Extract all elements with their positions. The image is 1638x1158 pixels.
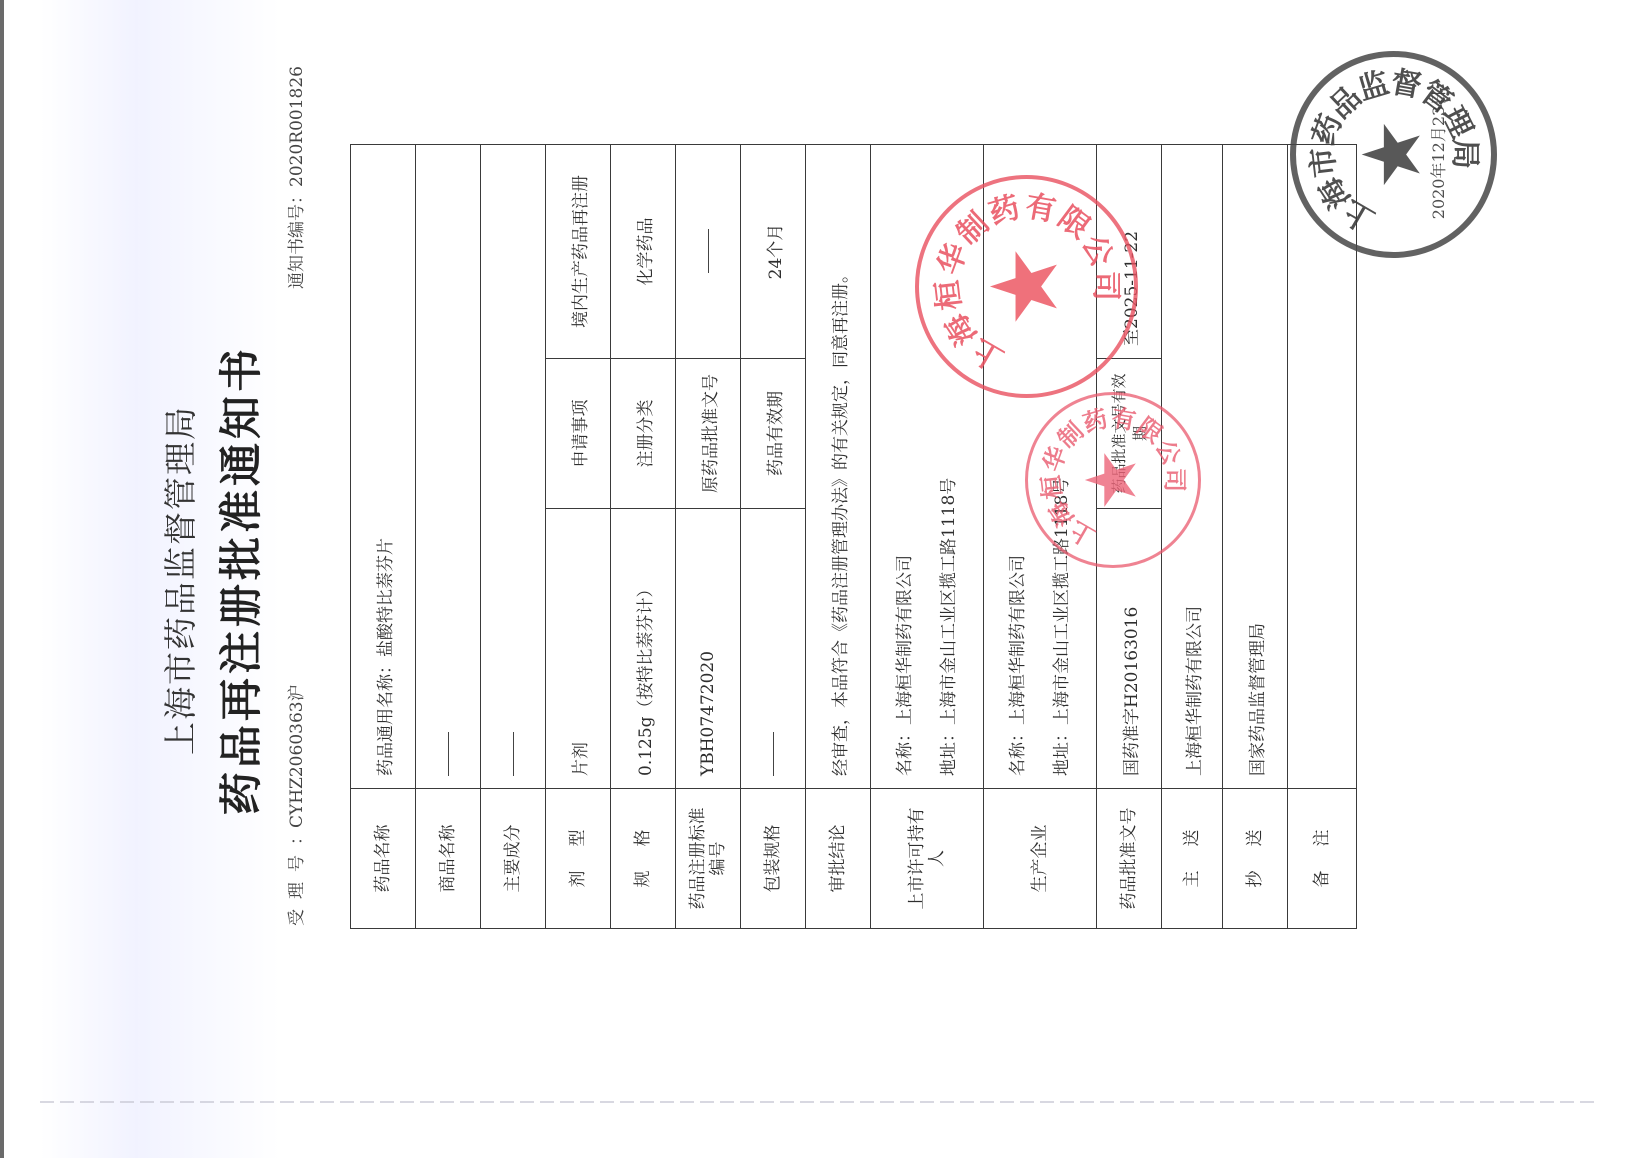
- value-cc: 国家药品监督管理局: [1223, 145, 1288, 789]
- notice-number: 通知书编号：2020R001826: [282, 66, 307, 289]
- value-registration-category: 化学药品: [611, 145, 676, 359]
- value-dosage-form: 片剂: [546, 509, 611, 789]
- value-approval-validity: 至2025-11-22: [1097, 145, 1162, 359]
- table-row: 商品名称: [416, 145, 481, 929]
- label-main-ingredient: 主要成分: [481, 789, 546, 929]
- table-row: 药品批准文号 国药准字H20163016 药品批准文号有效期 至2025-11-…: [1097, 145, 1162, 929]
- table-row: 备注: [1288, 145, 1357, 929]
- label-specification: 规格: [611, 789, 676, 929]
- label-trade-name: 商品名称: [416, 789, 481, 929]
- value-manufacturer: 名称：上海桓华制药有限公司 地址：上海市金山工业区揽工路1118号: [984, 145, 1097, 789]
- label-dosage-form: 剂型: [546, 789, 611, 929]
- value-approval-no: 国药准字H20163016: [1097, 509, 1162, 789]
- label-conclusion: 审批结论: [806, 789, 871, 929]
- label-remarks: 备注: [1288, 789, 1357, 929]
- star-icon: ★: [1345, 119, 1438, 191]
- value-packaging: [741, 509, 806, 789]
- value-trade-name: [416, 145, 481, 789]
- value-mah: 名称：上海桓华制药有限公司 地址：上海市金山工业区揽工路1118号: [871, 145, 984, 789]
- table-row: 主要成分: [481, 145, 546, 929]
- table-row: 审批结论 经审查，本品符合《药品注册管理办法》的有关规定，同意再注册。: [806, 145, 871, 929]
- manufacturer-address: 地址：上海市金山工业区揽工路1118号: [1040, 157, 1084, 776]
- label-cc: 抄送: [1223, 789, 1288, 929]
- label-registration-standard: 药品注册标准编号: [676, 789, 741, 929]
- label-approval-validity: 药品批准文号有效期: [1097, 359, 1162, 509]
- label-registration-category: 注册分类: [611, 359, 676, 509]
- value-shelf-life: 24个月: [741, 145, 806, 359]
- document-page: 上海市药品监督管理局 药品再注册批准通知书 受理号：CYHZ2060363沪 通…: [0, 0, 1638, 1158]
- value-application-item: 境内生产药品再注册: [546, 145, 611, 359]
- label-shelf-life: 药品有效期: [741, 359, 806, 509]
- manufacturer-name: 名称：上海桓华制药有限公司: [996, 157, 1040, 776]
- label-manufacturer: 生产企业: [984, 789, 1097, 929]
- mah-name: 名称：上海桓华制药有限公司: [883, 157, 927, 776]
- label-mah: 上市许可持有人: [871, 789, 984, 929]
- table-row: 药品名称 药品通用名称：盐酸特比萘芬片: [351, 145, 416, 929]
- table-row: 规格 0.125g（按特比萘芬计） 注册分类 化学药品: [611, 145, 676, 929]
- table-row: 上市许可持有人 名称：上海桓华制药有限公司 地址：上海市金山工业区揽工路1118…: [871, 145, 984, 929]
- label-drug-name: 药品名称: [351, 789, 416, 929]
- mah-address: 地址：上海市金山工业区揽工路1118号: [927, 157, 971, 776]
- label-original-approval-no: 原药品批准文号: [676, 359, 741, 509]
- acceptance-number: 受理号：CYHZ2060363沪: [282, 684, 307, 926]
- seal-date: 2020年12月23日: [1426, 57, 1449, 252]
- label-packaging: 包装规格: [741, 789, 806, 929]
- table-row: 剂型 片剂 申请事项 境内生产药品再注册: [546, 145, 611, 929]
- table-row: 包装规格 药品有效期 24个月: [741, 145, 806, 929]
- value-main-ingredient: [481, 145, 546, 789]
- table-row: 抄送 国家药品监督管理局: [1223, 145, 1288, 929]
- table-row: 药品注册标准编号 YBH07472020 原药品批准文号: [676, 145, 741, 929]
- value-specification: 0.125g（按特比萘芬计）: [611, 509, 676, 789]
- value-send-to: 上海桓华制药有限公司: [1162, 145, 1223, 789]
- value-remarks: [1288, 145, 1357, 789]
- value-drug-name: 药品通用名称：盐酸特比萘芬片: [351, 145, 416, 789]
- value-conclusion: 经审查，本品符合《药品注册管理办法》的有关规定，同意再注册。: [806, 145, 871, 789]
- label-send-to: 主送: [1162, 789, 1223, 929]
- table-row: 主送 上海桓华制药有限公司: [1162, 145, 1223, 929]
- value-registration-standard: YBH07472020: [676, 509, 741, 789]
- value-original-approval-no: [676, 145, 741, 359]
- approval-table: 药品名称 药品通用名称：盐酸特比萘芬片 商品名称 主要成分 剂型 片剂 申请事项…: [350, 144, 1357, 929]
- label-approval-no: 药品批准文号: [1097, 789, 1162, 929]
- issuing-agency: 上海市药品监督管理局: [155, 230, 202, 930]
- document-title: 药品再注册批准通知书: [208, 230, 269, 930]
- table-row: 生产企业 名称：上海桓华制药有限公司 地址：上海市金山工业区揽工路1118号: [984, 145, 1097, 929]
- label-application-item: 申请事项: [546, 359, 611, 509]
